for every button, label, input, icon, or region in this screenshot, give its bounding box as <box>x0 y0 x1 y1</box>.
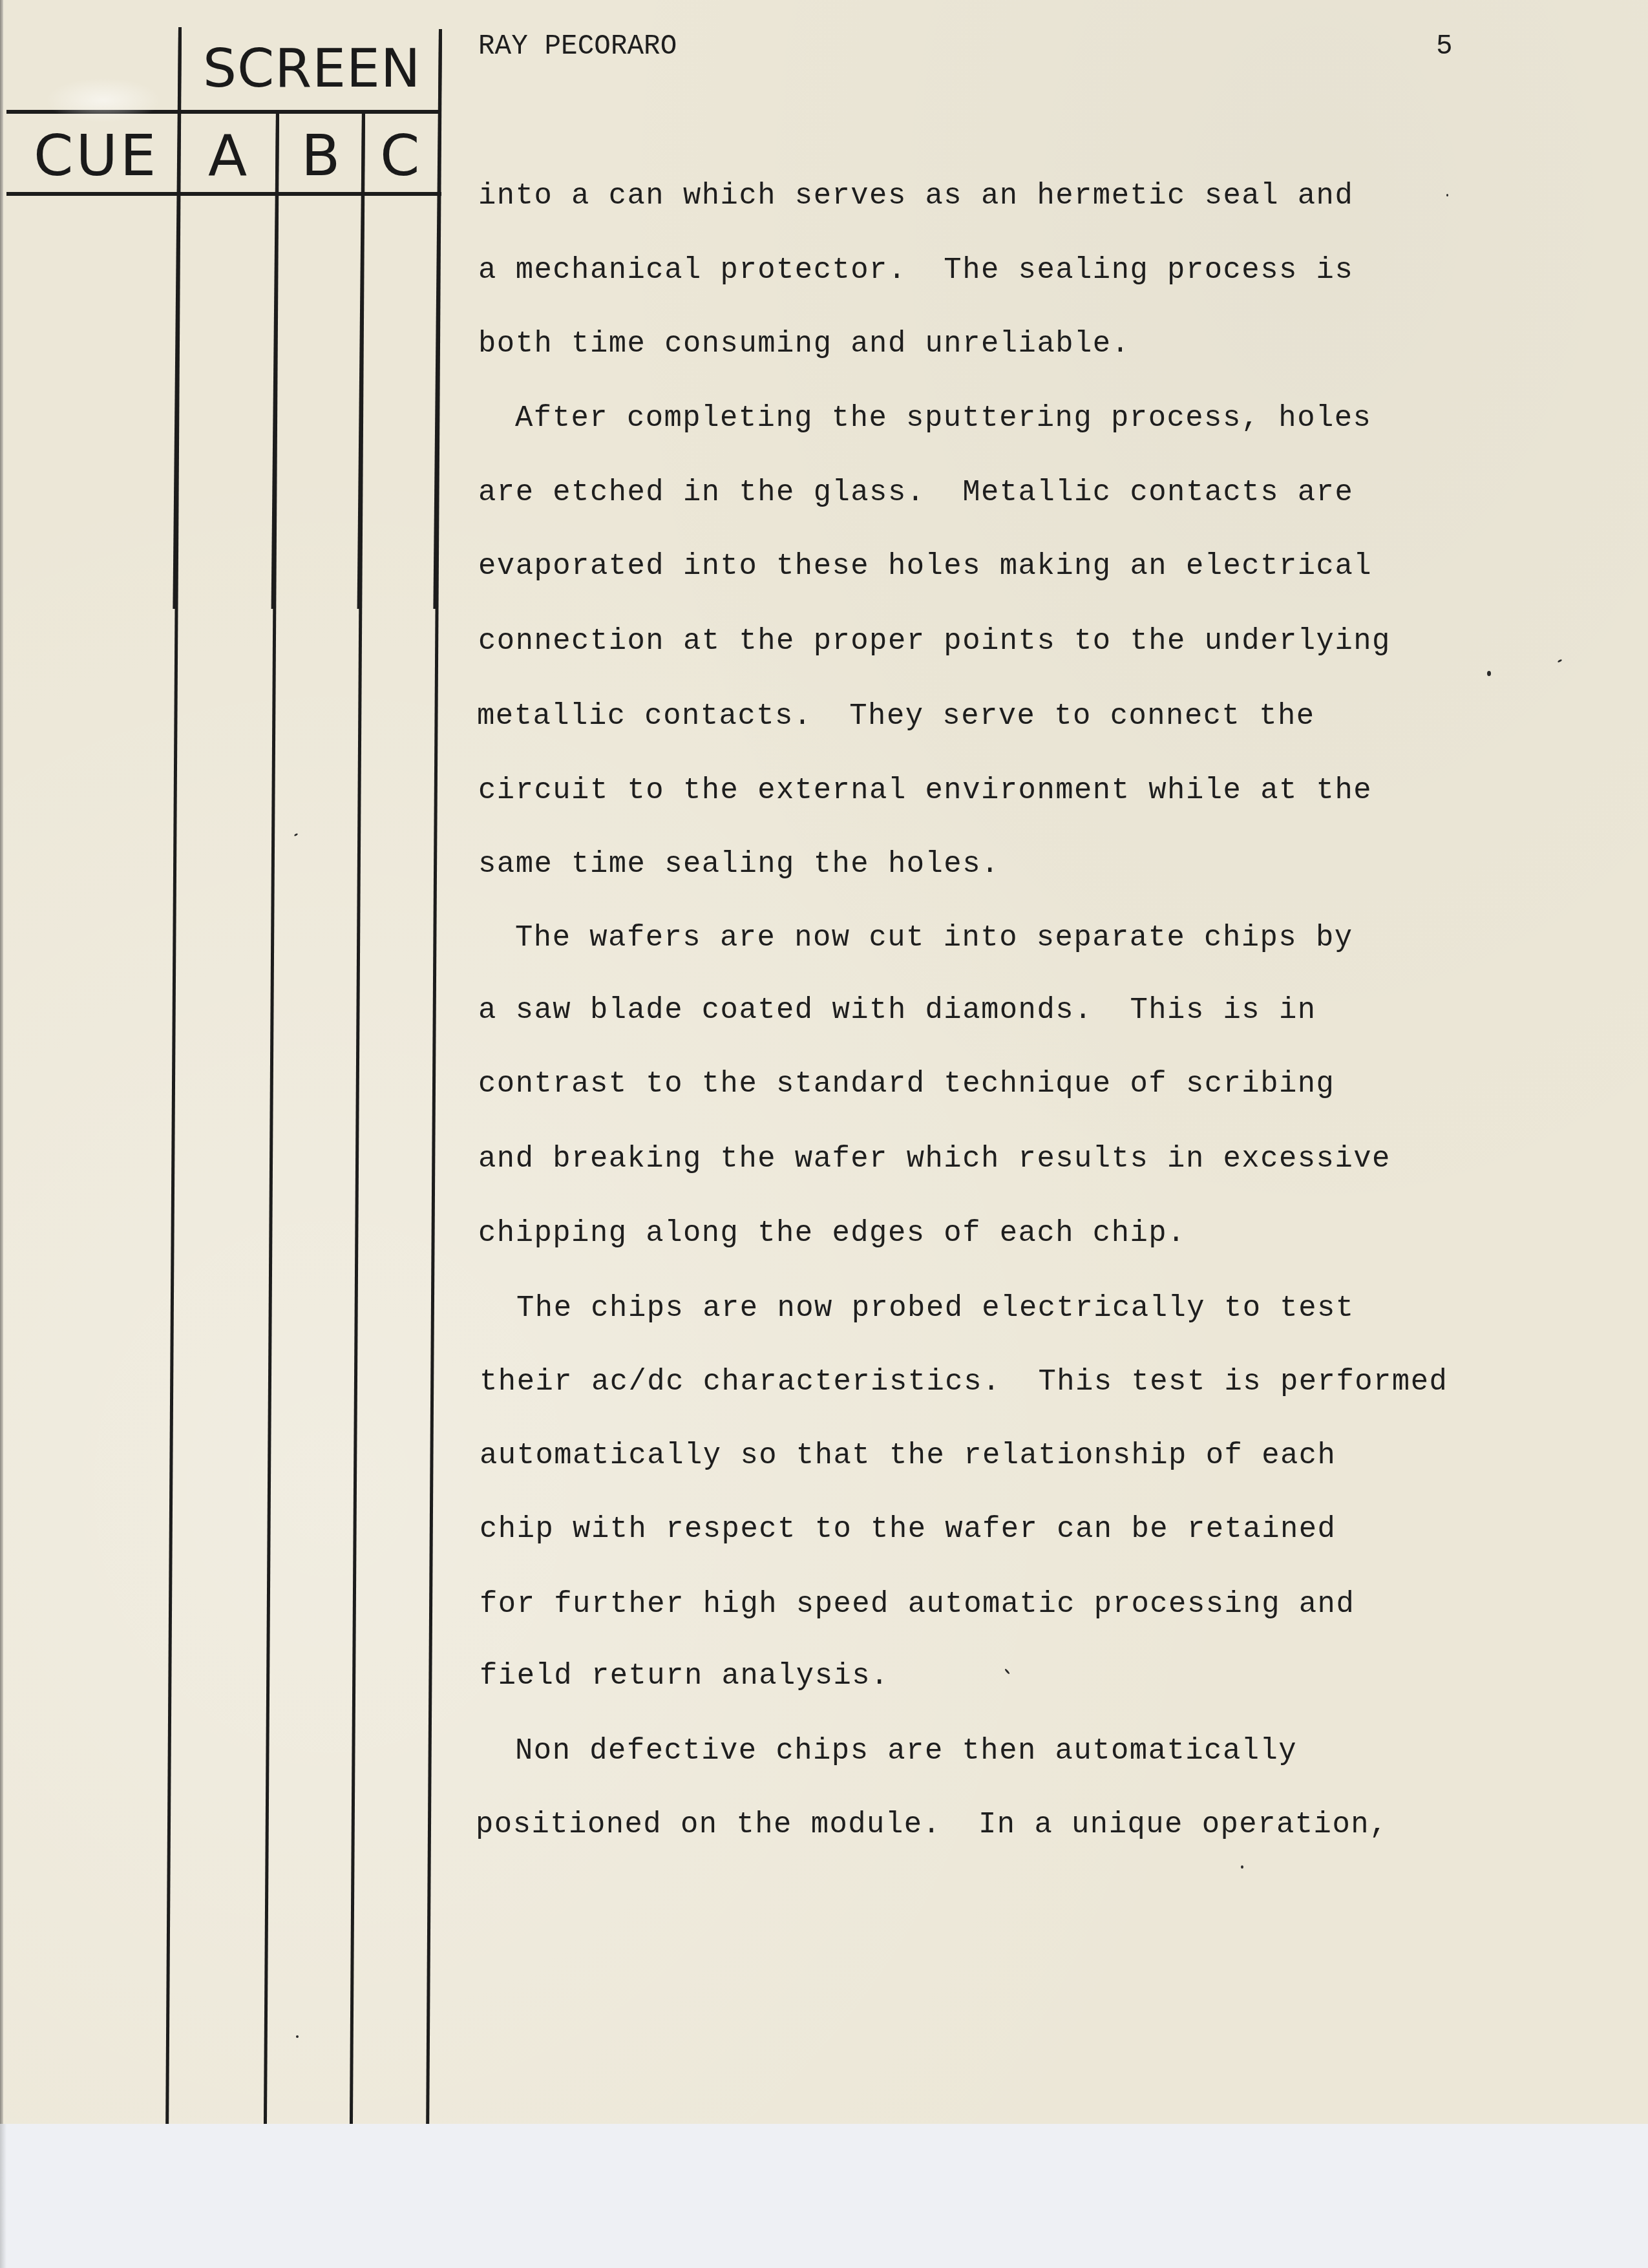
text-line: evaporated into these holes making an el… <box>478 551 1372 582</box>
dust-speck <box>296 2035 299 2038</box>
text-line: a saw blade coated with diamonds. This i… <box>478 995 1316 1026</box>
text-line: connection at the proper points to the u… <box>478 626 1391 657</box>
text-line: both time consuming and unreliable. <box>478 329 1130 359</box>
paragraph-start: The wafers are now cut into separate chi… <box>515 923 1353 953</box>
form-rule-header-bottom <box>6 192 441 196</box>
text-line: for further high speed automatic process… <box>480 1589 1355 1620</box>
text-line: into a can which serves as an hermetic s… <box>478 181 1353 211</box>
dust-speck <box>1487 671 1491 676</box>
text-line: same time sealing the holes. <box>478 849 1000 880</box>
scanner-background <box>0 2124 1648 2268</box>
paragraph-start: After completing the sputtering process,… <box>515 403 1371 434</box>
cue-label: CUE <box>34 127 158 184</box>
dust-speck <box>1446 194 1448 196</box>
text-line: positioned on the module. In a unique op… <box>476 1810 1388 1840</box>
scan-edge-left <box>0 0 3 2124</box>
paragraph-start: Non defective chips are then automatical… <box>515 1736 1297 1766</box>
text-line: circuit to the external environment whil… <box>478 776 1372 806</box>
paragraph-start: The chips are now probed electrically to… <box>516 1293 1355 1324</box>
text-line: field return analysis. <box>480 1661 889 1691</box>
column-b-label: B <box>301 127 341 184</box>
text-line: a mechanical protector. The sealing proc… <box>478 255 1353 286</box>
author-name: RAY PECORARO <box>478 32 677 61</box>
text-line: and breaking the wafer which results in … <box>478 1144 1391 1174</box>
column-c-label: C <box>380 127 421 184</box>
dust-speck <box>1241 1865 1243 1869</box>
text-line: contrast to the standard technique of sc… <box>478 1069 1335 1099</box>
scanner-edge <box>0 2124 6 2268</box>
column-a-label: A <box>208 127 248 184</box>
emboss-marks <box>45 78 162 123</box>
text-line: their ac/dc characteristics. This test i… <box>480 1367 1448 1397</box>
text-line: chipping along the edges of each chip. <box>478 1218 1186 1249</box>
text-line: metallic contacts. They serve to connect… <box>477 701 1315 732</box>
screen-label: SCREEN <box>203 43 421 96</box>
text-line: are etched in the glass. Metallic contac… <box>478 478 1353 508</box>
scanned-page <box>0 0 1648 2124</box>
text-line: automatically so that the relationship o… <box>480 1441 1336 1471</box>
page-number: 5 <box>1436 32 1453 61</box>
text-line: chip with respect to the wafer can be re… <box>480 1514 1336 1545</box>
